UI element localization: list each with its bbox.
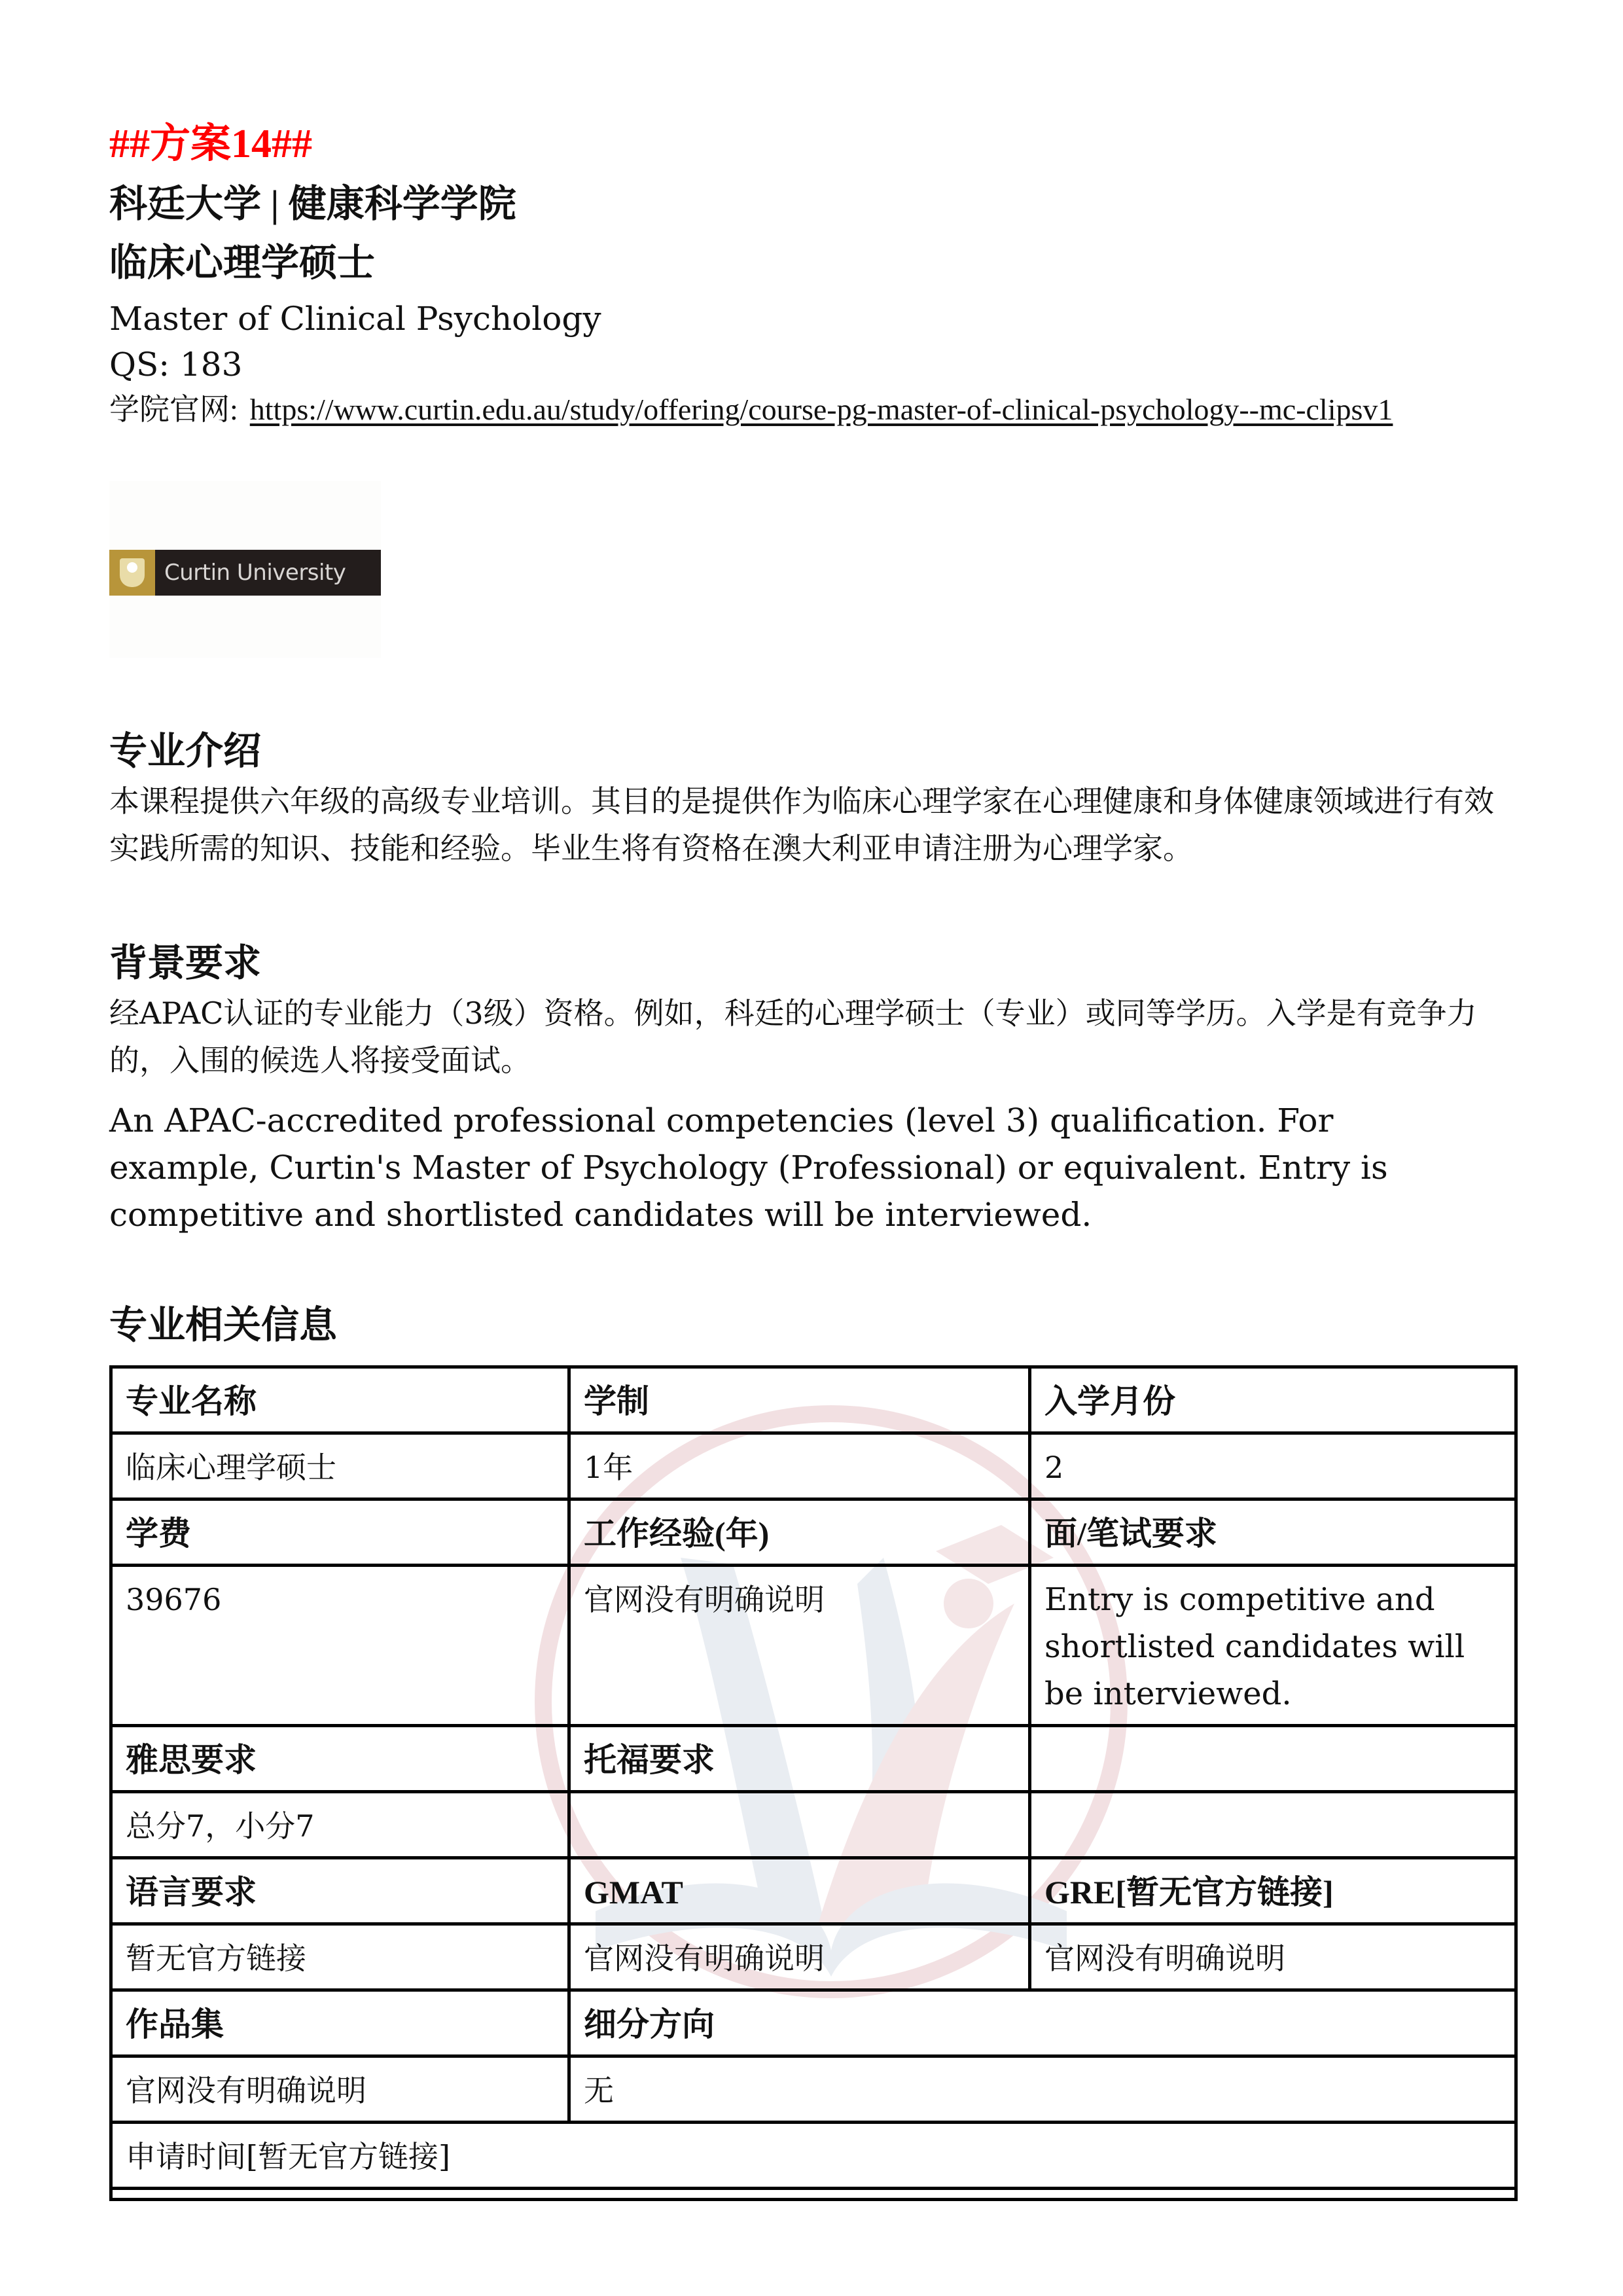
website-label: 学院官网: xyxy=(109,393,238,426)
value-interview: Entry is competitive and shortlisted can… xyxy=(1030,1566,1516,1726)
table-row: 暂无官方链接 官网没有明确说明 官网没有明确说明 xyxy=(111,1924,1516,1990)
section-title-info: 专业相关信息 xyxy=(109,1299,337,1352)
website-link[interactable]: https://www.curtin.edu.au/study/offering… xyxy=(250,393,1393,426)
qs-ranking: QS: 183 xyxy=(109,342,242,387)
table-row: 39676 官网没有明确说明 Entry is competitive and … xyxy=(111,1566,1516,1726)
header-toefl: 托福要求 xyxy=(569,1726,1030,1792)
table-row: 总分7，小分7 xyxy=(111,1792,1516,1858)
table-row: 学费 工作经验(年) 面/笔试要求 xyxy=(111,1499,1516,1566)
application-time: 申请时间[暂无官方链接] xyxy=(111,2123,1516,2189)
table-row: 作品集 细分方向 xyxy=(111,1990,1516,2056)
plan-tag: ##方案14## xyxy=(109,118,312,170)
empty-cell xyxy=(1030,1726,1516,1792)
value-intake-month: 2 xyxy=(1030,1433,1516,1499)
table-row: 语言要求 GMAT GRE[暂无官方链接] xyxy=(111,1858,1516,1924)
program-title-en: Master of Clinical Psychology xyxy=(109,296,601,342)
section-title-background: 背景要求 xyxy=(109,937,261,990)
table-row: 申请时间[暂无官方链接] xyxy=(111,2123,1516,2189)
value-toefl xyxy=(569,1792,1030,1858)
crest-icon xyxy=(109,550,155,596)
section-title-intro: 专业介绍 xyxy=(109,725,261,778)
value-program-name: 临床心理学硕士 xyxy=(111,1433,569,1499)
header-specialization: 细分方向 xyxy=(569,1990,1516,2056)
background-body-en: An APAC-accredited professional competen… xyxy=(109,1097,1484,1238)
header-program-name: 专业名称 xyxy=(111,1367,569,1433)
header-ielts: 雅思要求 xyxy=(111,1726,569,1792)
website-row: 学院官网:https://www.curtin.edu.au/study/off… xyxy=(109,386,1393,433)
value-gmat: 官网没有明确说明 xyxy=(569,1924,1030,1990)
background-body-cn: 经APAC认证的专业能力（3级）资格。例如，科廷的心理学硕士（专业）或同等学历。… xyxy=(109,990,1516,1084)
value-ielts: 总分7，小分7 xyxy=(111,1792,569,1858)
logo-text: Curtin University xyxy=(164,560,346,586)
logo-bar: Curtin University xyxy=(109,550,381,596)
empty-cell xyxy=(111,2189,1516,2200)
header-duration: 学制 xyxy=(569,1367,1030,1433)
value-tuition: 39676 xyxy=(111,1566,569,1726)
program-info-table: 专业名称 学制 入学月份 临床心理学硕士 1年 2 学费 工作经验(年) 面/笔… xyxy=(109,1365,1518,2201)
value-duration: 1年 xyxy=(569,1433,1030,1499)
table-row: 专业名称 学制 入学月份 xyxy=(111,1367,1516,1433)
header-language: 语言要求 xyxy=(111,1858,569,1924)
header-work-experience: 工作经验(年) xyxy=(569,1499,1030,1566)
header-portfolio: 作品集 xyxy=(111,1990,569,2056)
header-gre: GRE[暂无官方链接] xyxy=(1030,1858,1516,1924)
university-faculty-title: 科廷大学 | 健康科学学院 xyxy=(109,178,516,230)
value-language: 暂无官方链接 xyxy=(111,1924,569,1990)
value-portfolio: 官网没有明确说明 xyxy=(111,2056,569,2123)
header-gmat: GMAT xyxy=(569,1858,1030,1924)
value-work-experience: 官网没有明确说明 xyxy=(569,1566,1030,1726)
document-page: ##方案14## 科廷大学 | 健康科学学院 临床心理学硕士 Master of… xyxy=(0,0,1623,2296)
program-title-cn: 临床心理学硕士 xyxy=(109,237,375,289)
header-intake-month: 入学月份 xyxy=(1030,1367,1516,1433)
value-specialization: 无 xyxy=(569,2056,1516,2123)
university-logo: Curtin University xyxy=(109,481,381,658)
table-row: 雅思要求 托福要求 xyxy=(111,1726,1516,1792)
empty-cell xyxy=(1030,1792,1516,1858)
table-row xyxy=(111,2189,1516,2200)
header-tuition: 学费 xyxy=(111,1499,569,1566)
table-row: 官网没有明确说明 无 xyxy=(111,2056,1516,2123)
table-row: 临床心理学硕士 1年 2 xyxy=(111,1433,1516,1499)
intro-body: 本课程提供六年级的高级专业培训。其目的是提供作为临床心理学家在心理健康和身体健康… xyxy=(109,778,1516,872)
value-gre: 官网没有明确说明 xyxy=(1030,1924,1516,1990)
header-interview: 面/笔试要求 xyxy=(1030,1499,1516,1566)
